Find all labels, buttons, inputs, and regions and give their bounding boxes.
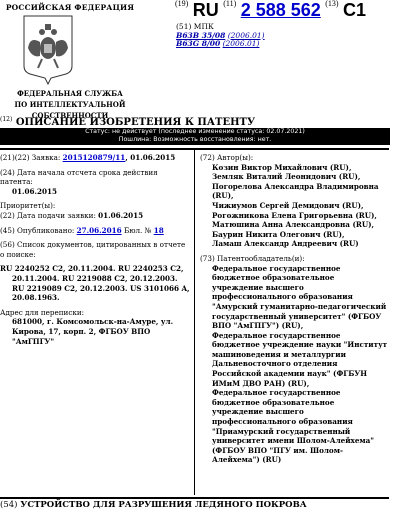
fee-line: Пошлина: Возможность восстановления: нет… [0, 136, 390, 144]
author: Погорелова Александра Владимировна (RU), [200, 182, 388, 201]
document-title-text: ОПИСАНИЕ ИЗОБРЕТЕНИЯ К ПАТЕНТУ [16, 117, 255, 128]
code-54: (54) [0, 500, 17, 510]
address-field: Адрес для переписки: 681000, г. Комсомол… [0, 308, 190, 346]
cited-docs: RU 2240252 C2, 20.11.2004. RU 2240253 C2… [0, 264, 190, 302]
agency-line-1: ФЕДЕРАЛЬНАЯ СЛУЖБА [0, 88, 140, 99]
patent-holder: Федеральное государственное бюджетное об… [200, 388, 388, 465]
document-title: (12) ОПИСАНИЕ ИЗОБРЕТЕНИЯ К ПАТЕНТУ [0, 117, 255, 128]
left-column: (21)(22) Заявка: 2015120879/11, 01.06.20… [0, 153, 190, 351]
application-field: (21)(22) Заявка: 2015120879/11, 01.06.20… [0, 153, 190, 163]
kind-code: C1 [343, 0, 366, 20]
author: Земляк Виталий Леонидович (RU), [200, 172, 388, 182]
code-13: (13) [325, 0, 338, 8]
priority-field: Приоритет(ы): (22) Дата подачи заявки: 0… [0, 201, 190, 220]
published-date-link[interactable]: 27.06.2016 [77, 226, 122, 235]
bulletin-number-link[interactable]: 18 [154, 226, 164, 235]
published-field: (45) Опубликовано: 27.06.2016 Бюл. № 18 [0, 226, 190, 236]
author: Баурин Никита Олегович (RU), [200, 230, 388, 240]
patent-number-link[interactable]: 2 588 562 [241, 0, 321, 20]
invention-title: (54) УСТРОЙСТВО ДЛЯ РАЗРУШЕНИЯ ЛЕДЯНОГО … [0, 500, 307, 510]
ipc-class-link[interactable]: B63G 8/00 [176, 39, 220, 48]
code-11: (11) [223, 0, 236, 8]
status-bar: Статус: не действует (последнее изменени… [0, 128, 390, 145]
status-line: Статус: не действует (последнее изменени… [0, 128, 390, 136]
application-number-link[interactable]: 2015120879/11 [63, 153, 126, 162]
invention-title-text: УСТРОЙСТВО ДЛЯ РАЗРУШЕНИЯ ЛЕДЯНОГО ПОКРО… [20, 500, 306, 510]
patent-holder: Федеральное государственное бюджетное уч… [200, 331, 388, 389]
code-19: (19) [175, 0, 188, 8]
author: Рогожникова Елена Григорьевна (RU), [200, 211, 388, 221]
country-code: RU [193, 0, 219, 20]
authors-field: (72) Автор(ы): Козин Виктор Михайлович (… [200, 153, 388, 249]
column-divider [194, 150, 195, 495]
author: Козин Виктор Михайлович (RU), [200, 163, 388, 173]
patent-id-row: (19) RU (11) 2 588 562 (13) C1 [175, 0, 366, 22]
code-12: (12) [0, 116, 12, 123]
cited-docs-label: (56) Список документов, цитированных в о… [0, 240, 190, 259]
term-start-field: (24) Дата начала отсчета срока действия … [0, 168, 190, 197]
author: Ламаш Александр Андреевич (RU) [200, 239, 388, 249]
country-heading: РОССИЙСКАЯ ФЕДЕРАЦИЯ [0, 3, 140, 12]
author: Чижиумов Сергей Демидович (RU), [200, 201, 388, 211]
ipc-block: (51) МПК B63B 35/08 (2006.01) B63G 8/00 … [176, 23, 265, 49]
right-column: (72) Автор(ы): Козин Виктор Михайлович (… [200, 153, 388, 470]
author: Матюшина Анна Александровна (RU), [200, 220, 388, 230]
holders-field: (73) Патентообладатель(и): Федеральное г… [200, 254, 388, 465]
ipc-version-link[interactable]: (2006.01) [223, 39, 260, 48]
patent-holder: Федеральное государственное бюджетное об… [200, 264, 388, 331]
coat-of-arms-icon [18, 14, 78, 86]
